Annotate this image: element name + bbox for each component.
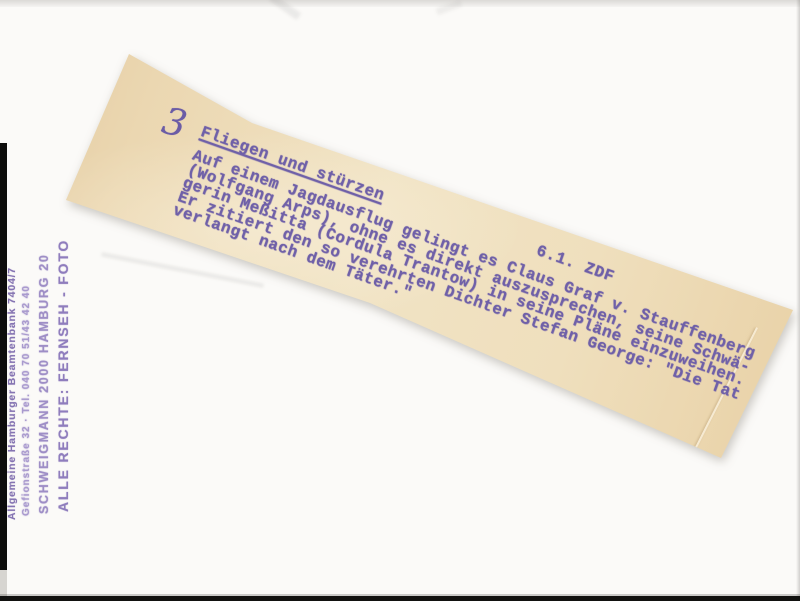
stamp-line-company: SCHWEIGMANN 2000 HAMBURG 20: [37, 253, 51, 514]
scan-gray-edge-left: [0, 570, 7, 597]
stamp-line-address: Gefionstraße 32 · Tel. 040 70 51/43 42 4…: [21, 285, 32, 516]
handwritten-number: 3: [158, 99, 191, 146]
scan-black-edge-bottom: [0, 596, 800, 601]
stamp-line-bank: Allgemeine Hamburger Beamtenbank 7404/7: [6, 267, 18, 520]
scan-right-edge-shadow: [796, 0, 800, 601]
stamp-line-rights: ALLE RECHTE: FERNSEH - FOTO: [55, 239, 71, 512]
photo-back-scan: 3 Fliegen und stürzen 6.1. ZDF Auf einem…: [0, 0, 800, 601]
scan-black-edge-left: [0, 143, 7, 570]
